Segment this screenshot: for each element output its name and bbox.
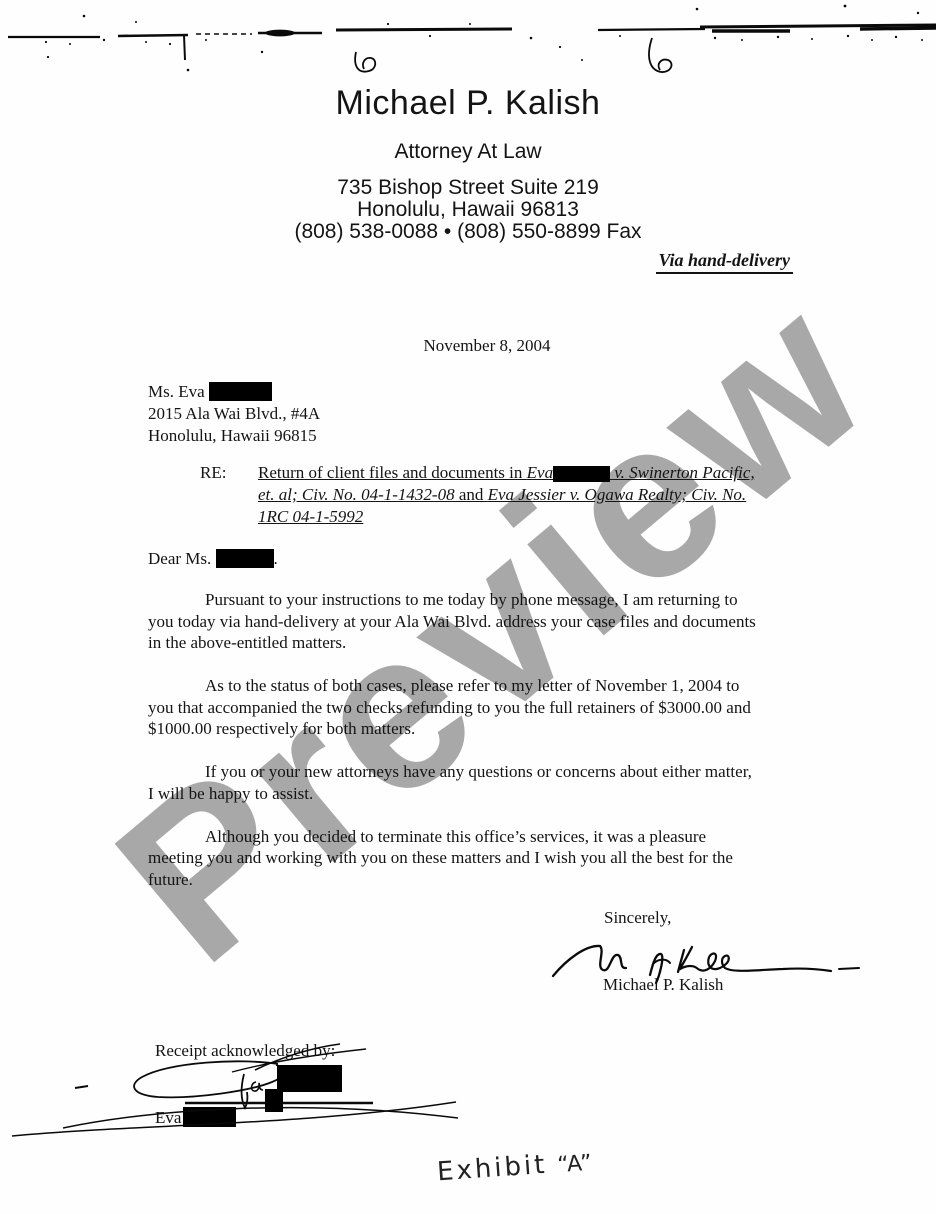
redaction-box [277, 1065, 342, 1092]
paragraph-2: As to the status of both cases, please r… [148, 675, 860, 740]
scan-artifacts-top [0, 0, 936, 90]
redaction-box [216, 549, 274, 568]
speckle-dots [45, 5, 923, 72]
letterhead-phone: (808) 538-0088 • (808) 550-8899 Fax [0, 221, 936, 243]
re-label: RE: [200, 462, 258, 528]
re-line-3: 1RC 04-1-5992 [258, 506, 363, 528]
paragraph-4: Although you decided to terminate this o… [148, 826, 860, 891]
kalish-signature [530, 925, 880, 995]
receipt-signature-flourish [0, 1035, 500, 1145]
letter-date: November 8, 2004 [0, 336, 936, 356]
letterhead: Michael P. Kalish Attorney At Law 735 Bi… [0, 84, 936, 243]
recipient-address: Ms. Eva 2015 Ala Wai Blvd., #4A Honolulu… [148, 381, 320, 447]
paragraph-1: Pursuant to your instructions to me toda… [148, 589, 860, 654]
re-line-2: et. al; Civ. No. 04-1-1432-08 and Eva Je… [258, 484, 898, 506]
paragraph-3: If you or your new attorneys have any qu… [148, 761, 860, 804]
exhibit-annotation: Exhibit“A” [436, 1147, 593, 1188]
letter-body: Pursuant to your instructions to me toda… [148, 589, 860, 912]
scanned-letter-page: Preview Michael P. Kalish Attorney At La… [0, 0, 936, 1214]
delivery-method: Via hand-delivery [656, 250, 794, 274]
letter-content: Michael P. Kalish Attorney At Law 735 Bi… [0, 0, 936, 1214]
salutation: Dear Ms. . [148, 549, 278, 569]
attorney-title: Attorney At Law [0, 140, 936, 164]
redaction-box [265, 1089, 283, 1112]
redaction-box [209, 382, 272, 401]
re-block: RE: Return of client files and documents… [200, 462, 898, 528]
letterhead-city: Honolulu, Hawaii 96813 [0, 199, 936, 221]
recipient-city: Honolulu, Hawaii 96815 [148, 425, 320, 447]
recipient-name-line: Ms. Eva [148, 381, 320, 403]
letterhead-street: 735 Bishop Street Suite 219 [0, 177, 936, 199]
recipient-street: 2015 Ala Wai Blvd., #4A [148, 403, 320, 425]
redaction-box [553, 466, 610, 482]
re-line-1: Return of client files and documents in … [258, 462, 898, 484]
